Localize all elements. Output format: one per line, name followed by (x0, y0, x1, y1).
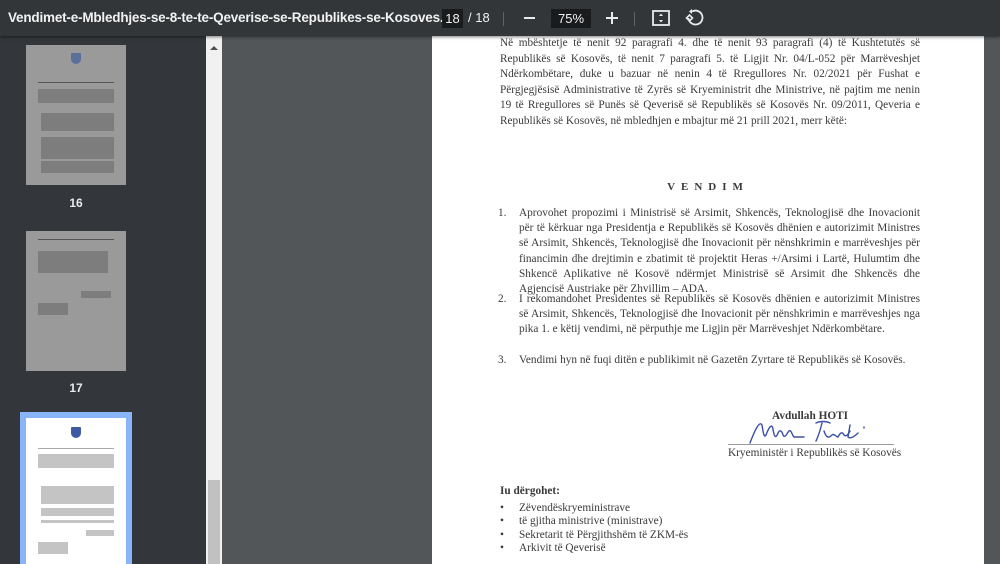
rotate-icon (684, 8, 704, 28)
coat-of-arms-icon (71, 53, 81, 64)
item-text: I rekomandohet Presidentes së Republikës… (519, 292, 920, 338)
zoom-in-button[interactable] (602, 8, 622, 28)
toolbar-divider (503, 12, 504, 26)
scrollbar-thumb[interactable] (208, 480, 220, 564)
page-total: / 18 (468, 10, 490, 25)
recipients-label: Iu dërgohet: (500, 485, 560, 497)
thumbnail-sidebar: 16 17 (0, 36, 206, 564)
item-number: 2. (498, 292, 506, 307)
signatory-role: Kryeministër i Republikës së Kosovës (728, 447, 901, 459)
page-thumbnail-18[interactable] (26, 418, 126, 564)
pdf-toolbar: Vendimet-e-Mbledhjes-se-8-te-te-Qeverise… (0, 0, 1000, 36)
item-number: 3. (498, 353, 506, 368)
item-number: 1. (498, 206, 506, 221)
fit-to-page-button[interactable] (651, 9, 671, 27)
decision-preamble: Në mbështetje të nenit 92 paragrafi 4. d… (500, 36, 920, 130)
decision-item: 3. Vendimi hyn në fuqi ditën e publikimi… (498, 353, 920, 368)
rotate-button[interactable] (684, 8, 704, 28)
coat-of-arms-icon (71, 427, 81, 438)
decision-item: 2. I rekomandohet Presidentes së Republi… (498, 292, 920, 338)
zoom-out-button[interactable] (520, 8, 540, 28)
recipient-item: Arkivit të Qeverisë (500, 542, 688, 555)
pdf-page: Në mbështetje të nenit 92 paragrafi 4. d… (432, 30, 984, 564)
signature-line (728, 444, 894, 445)
toolbar-divider (634, 12, 635, 26)
sidebar-scrollbar[interactable] (206, 36, 222, 564)
thumbnail-label: 17 (56, 381, 96, 395)
decision-item: 1. Aprovohet propozimi i Ministrisë së A… (498, 206, 920, 297)
scroll-up-arrow-icon[interactable] (210, 46, 218, 50)
zoom-level-input[interactable]: 75% (551, 9, 591, 28)
recipient-item: Sekretarit të Përgjithshëm të ZKM-ës (500, 529, 688, 542)
thumbnail-label: 16 (56, 196, 96, 210)
recipients-list: Zëvendëskryeministrave të gjitha ministr… (500, 502, 688, 555)
page-thumbnail-16[interactable] (26, 45, 126, 185)
recipient-item: të gjitha ministrive (ministrave) (500, 515, 688, 528)
page-number-input[interactable]: 18 (442, 9, 463, 28)
recipient-item: Zëvendëskryeministrave (500, 502, 688, 515)
file-title: Vendimet-e-Mbledhjes-se-8-te-te-Qeverise… (8, 10, 454, 25)
decision-heading: VENDIM (432, 181, 984, 193)
signature-image (742, 417, 882, 447)
item-text: Vendimi hyn në fuqi ditën e publikimit n… (519, 353, 920, 368)
item-text: Aprovohet propozimi i Ministrisë së Arsi… (519, 206, 920, 297)
fit-to-page-icon (651, 9, 671, 27)
page-thumbnail-17[interactable] (26, 231, 126, 371)
